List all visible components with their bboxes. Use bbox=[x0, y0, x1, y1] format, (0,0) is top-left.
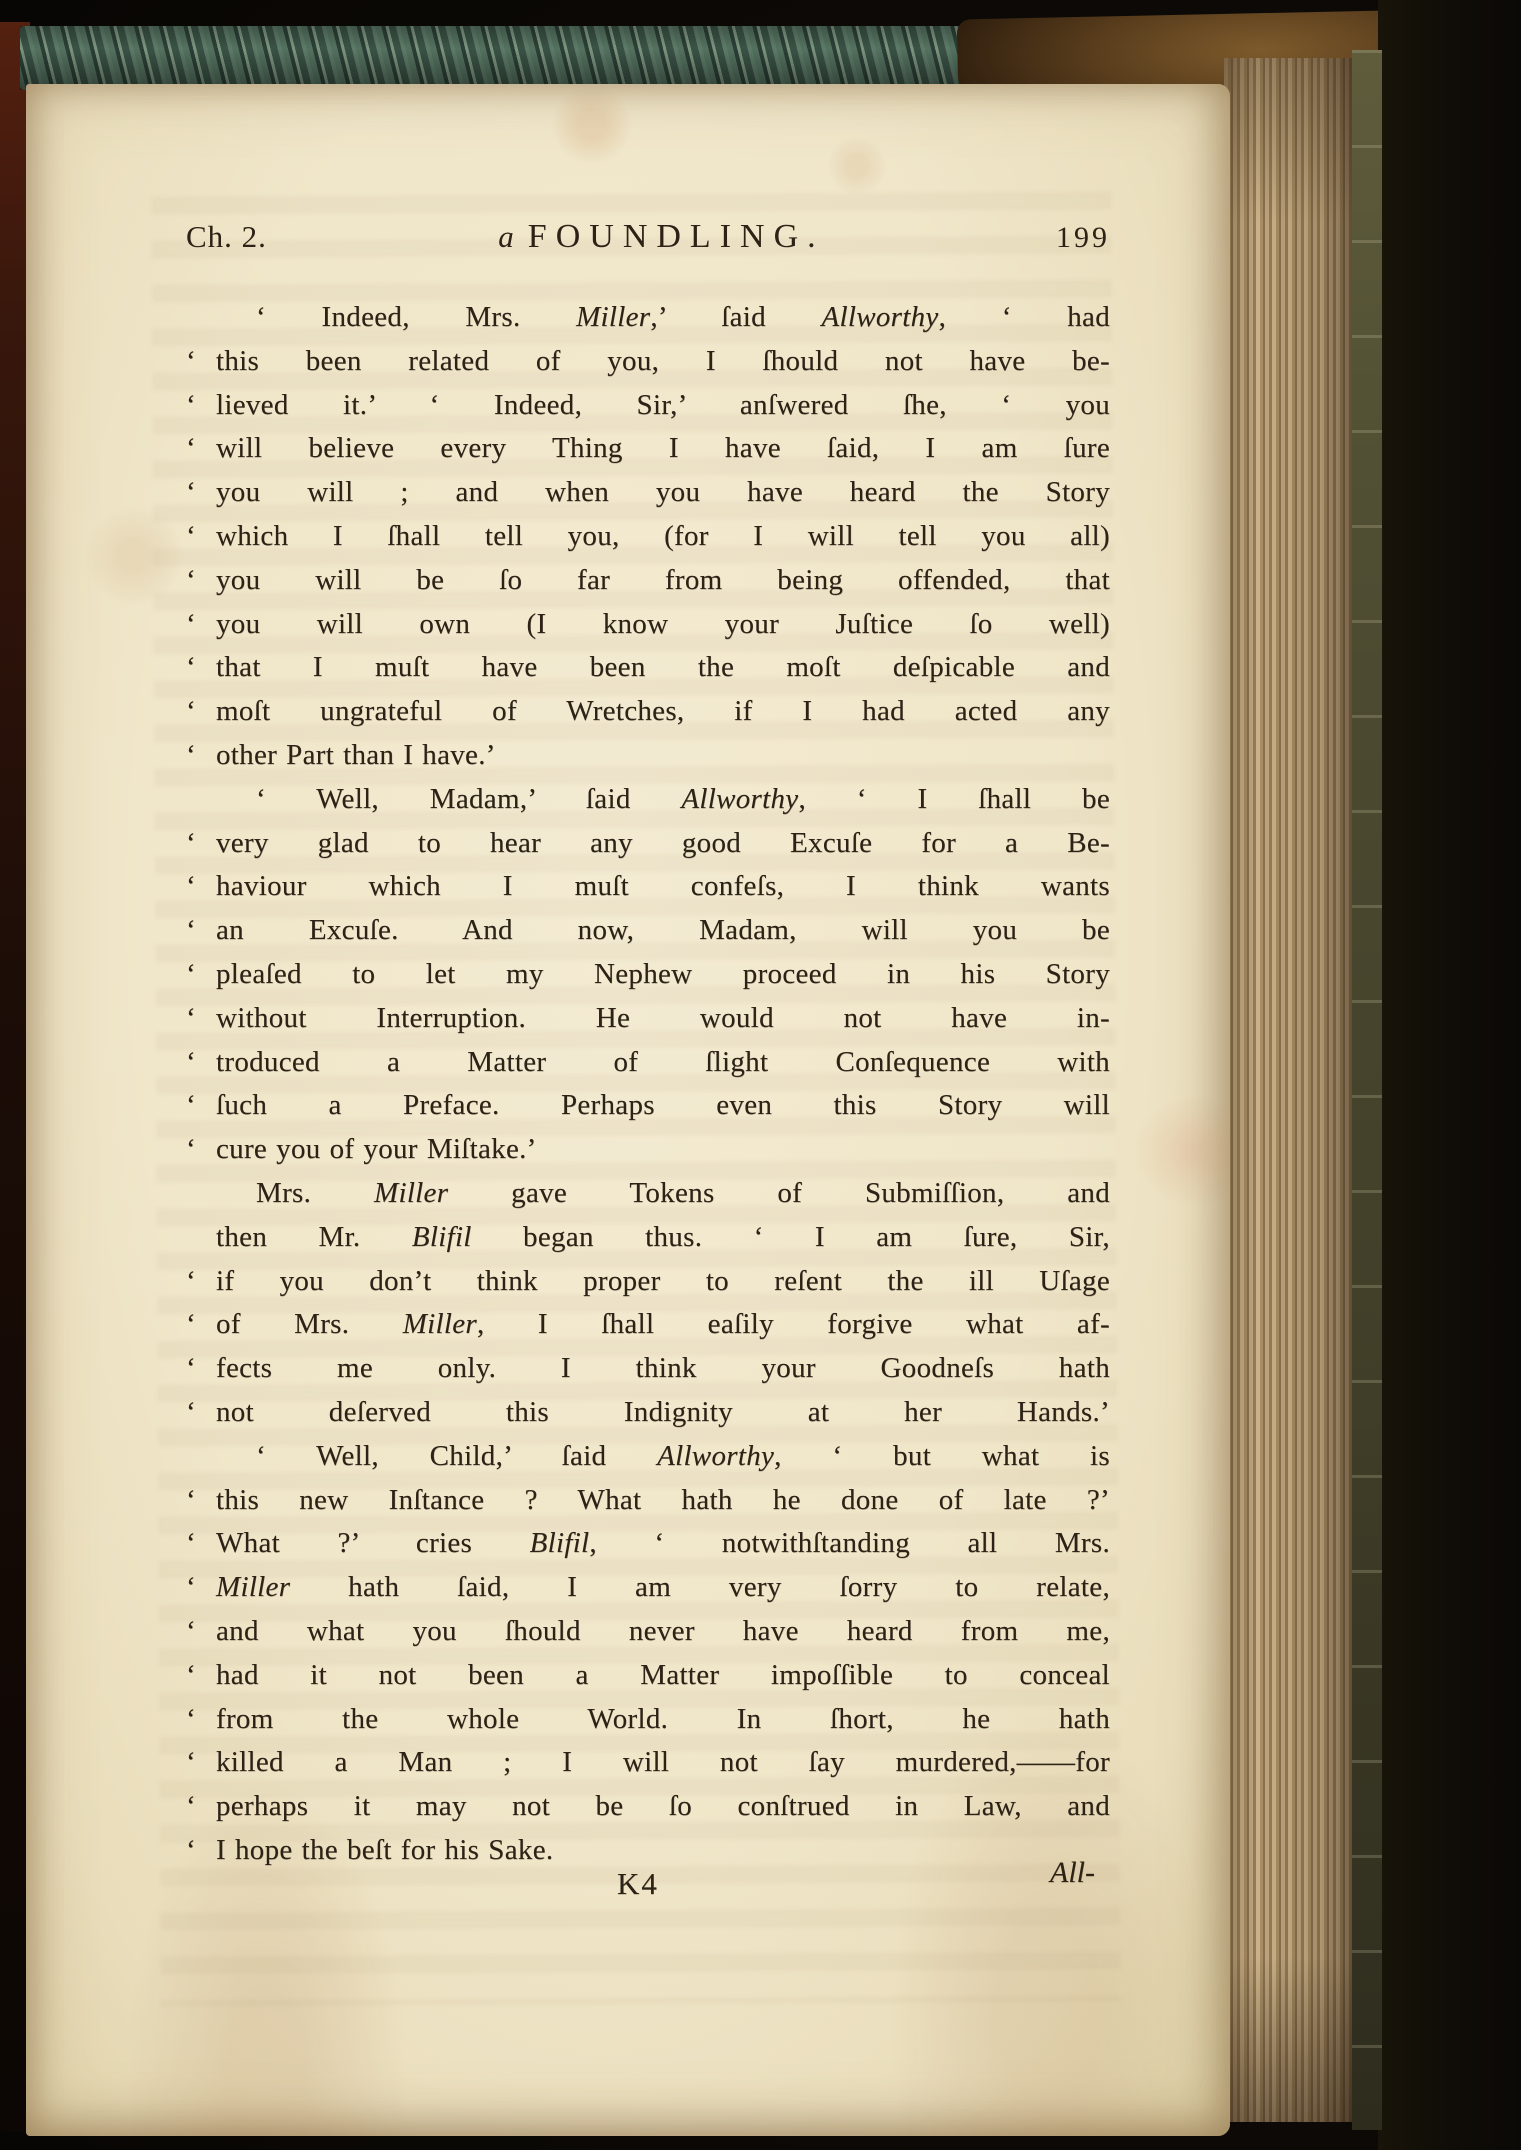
text-line: ‘troduced a Matter of ſlight Conſequence… bbox=[186, 1041, 1110, 1085]
text-line: ‘fects me only. I think your Goodneſs ha… bbox=[186, 1347, 1110, 1391]
text-line-content: other Part than I have.’ bbox=[216, 734, 1110, 778]
margin-quote-mark bbox=[186, 296, 216, 340]
page-edge-stack bbox=[1224, 58, 1358, 2122]
text-line-content: you will own (I know your Juſtice ſo wel… bbox=[216, 603, 1110, 647]
signature-mark: K4 bbox=[617, 1866, 659, 1902]
fore-edge-strip bbox=[1352, 50, 1382, 2130]
text-line-content: ‘ Well, Child,’ ſaid Allworthy, ‘ but wh… bbox=[216, 1435, 1110, 1479]
page-number: 199 bbox=[1056, 221, 1110, 255]
text-line: ‘if you don’t think proper to reſent the… bbox=[186, 1260, 1110, 1304]
catchword: All- bbox=[1050, 1856, 1095, 1890]
typeset-text-area: Ch. 2. aFOUNDLING. 199 ‘ Indeed, Mrs. Mi… bbox=[186, 218, 1110, 1873]
margin-quote-mark: ‘ bbox=[186, 1741, 216, 1785]
text-line-content: from the whole World. In ſhort, he hath bbox=[216, 1698, 1110, 1742]
text-line-content: ‘ Well, Madam,’ ſaid Allworthy, ‘ I ſhal… bbox=[216, 778, 1110, 822]
text-line: ‘had it not been a Matter impoſſible to … bbox=[186, 1654, 1110, 1698]
text-line: ‘ſuch a Preface. Perhaps even this Story… bbox=[186, 1084, 1110, 1128]
text-line-content: you will be ſo far from being offended, … bbox=[216, 559, 1110, 603]
text-line: ‘very glad to hear any good Excuſe for a… bbox=[186, 822, 1110, 866]
margin-quote-mark: ‘ bbox=[186, 1128, 216, 1172]
margin-quote-mark: ‘ bbox=[186, 1522, 216, 1566]
margin-quote-mark: ‘ bbox=[186, 690, 216, 734]
text-line: ‘Miller hath ſaid, I am very ſorry to re… bbox=[186, 1566, 1110, 1610]
text-line-content: Mrs. Miller gave Tokens of Submiſſion, a… bbox=[216, 1172, 1110, 1216]
text-line-content: not deſerved this Indignity at her Hands… bbox=[216, 1391, 1110, 1435]
margin-quote-mark: ‘ bbox=[186, 1654, 216, 1698]
text-line: ‘will believe every Thing I have ſaid, I… bbox=[186, 427, 1110, 471]
margin-quote-mark: ‘ bbox=[186, 1260, 216, 1304]
text-lines: ‘ Indeed, Mrs. Miller,’ ſaid Allworthy, … bbox=[186, 296, 1110, 1873]
text-line-content: which I ſhall tell you, (for I will tell… bbox=[216, 515, 1110, 559]
text-line-content: very glad to hear any good Excuſe for a … bbox=[216, 822, 1110, 866]
margin-quote-mark: ‘ bbox=[186, 909, 216, 953]
text-line-content: Miller hath ſaid, I am very ſorry to rel… bbox=[216, 1566, 1110, 1610]
text-line: Mrs. Miller gave Tokens of Submiſſion, a… bbox=[186, 1172, 1110, 1216]
text-line: ‘cure you of your Miſtake.’ bbox=[186, 1128, 1110, 1172]
margin-quote-mark: ‘ bbox=[186, 1347, 216, 1391]
chapter-label: Ch. 2. bbox=[186, 219, 267, 255]
margin-quote-mark: ‘ bbox=[186, 603, 216, 647]
text-line: ‘ Well, Child,’ ſaid Allworthy, ‘ but wh… bbox=[186, 1435, 1110, 1479]
text-line-content: I hope the beſt for his Sake. bbox=[216, 1829, 1110, 1873]
margin-quote-mark: ‘ bbox=[186, 734, 216, 778]
text-line: ‘which I ſhall tell you, (for I will tel… bbox=[186, 515, 1110, 559]
margin-quote-mark: ‘ bbox=[186, 822, 216, 866]
margin-quote-mark: ‘ bbox=[186, 515, 216, 559]
margin-quote-mark bbox=[186, 1216, 216, 1260]
margin-quote-mark: ‘ bbox=[186, 646, 216, 690]
margin-quote-mark: ‘ bbox=[186, 865, 216, 909]
text-line: ‘other Part than I have.’ bbox=[186, 734, 1110, 778]
margin-quote-mark: ‘ bbox=[186, 1785, 216, 1829]
text-line: ‘and what you ſhould never have heard fr… bbox=[186, 1610, 1110, 1654]
margin-quote-mark: ‘ bbox=[186, 1479, 216, 1523]
text-line-content: that I muſt have been the moſt deſpicabl… bbox=[216, 646, 1110, 690]
text-line-content: haviour which I muſt confeſs, I think wa… bbox=[216, 865, 1110, 909]
text-line-content: ‘ Indeed, Mrs. Miller,’ ſaid Allworthy, … bbox=[216, 296, 1110, 340]
text-line: ‘lieved it.’ ‘ Indeed, Sir,’ anſwered ſh… bbox=[186, 384, 1110, 428]
text-line: ‘What ?’ cries Blifil, ‘ notwithſtanding… bbox=[186, 1522, 1110, 1566]
text-line: ‘ Well, Madam,’ ſaid Allworthy, ‘ I ſhal… bbox=[186, 778, 1110, 822]
margin-quote-mark: ‘ bbox=[186, 1303, 216, 1347]
text-line-content: moſt ungrateful of Wretches, if I had ac… bbox=[216, 690, 1110, 734]
text-line-content: will believe every Thing I have ſaid, I … bbox=[216, 427, 1110, 471]
text-line: ‘this new Inſtance ? What hath he done o… bbox=[186, 1479, 1110, 1523]
text-line: ‘you will own (I know your Juſtice ſo we… bbox=[186, 603, 1110, 647]
text-line-content: this new Inſtance ? What hath he done of… bbox=[216, 1479, 1110, 1523]
text-line-content: then Mr. Blifil began thus. ‘ I am ſure,… bbox=[216, 1216, 1110, 1260]
marbled-head-edge bbox=[20, 26, 1012, 90]
text-line-content: perhaps it may not be ſo conſtrued in La… bbox=[216, 1785, 1110, 1829]
text-line: ‘from the whole World. In ſhort, he hath bbox=[186, 1698, 1110, 1742]
text-line-content: without Interruption. He would not have … bbox=[216, 997, 1110, 1041]
text-line: ‘ Indeed, Mrs. Miller,’ ſaid Allworthy, … bbox=[186, 296, 1110, 340]
margin-quote-mark bbox=[186, 1435, 216, 1479]
text-line-content: ſuch a Preface. Perhaps even this Story … bbox=[216, 1084, 1110, 1128]
margin-quote-mark: ‘ bbox=[186, 1566, 216, 1610]
margin-quote-mark: ‘ bbox=[186, 1698, 216, 1742]
title-article-italic: a bbox=[498, 219, 514, 254]
margin-quote-mark: ‘ bbox=[186, 997, 216, 1041]
text-line: ‘moſt ungrateful of Wretches, if I had a… bbox=[186, 690, 1110, 734]
text-line: ‘of Mrs. Miller, I ſhall eaſily forgive … bbox=[186, 1303, 1110, 1347]
text-line: ‘perhaps it may not be ſo conſtrued in L… bbox=[186, 1785, 1110, 1829]
text-line: ‘killed a Man ; I will not ſay murdered,… bbox=[186, 1741, 1110, 1785]
margin-quote-mark: ‘ bbox=[186, 471, 216, 515]
margin-quote-mark: ‘ bbox=[186, 427, 216, 471]
margin-quote-mark bbox=[186, 778, 216, 822]
margin-quote-mark: ‘ bbox=[186, 1084, 216, 1128]
text-line: ‘you will be ſo far from being offended,… bbox=[186, 559, 1110, 603]
text-line-content: troduced a Matter of ſlight Conſequence … bbox=[216, 1041, 1110, 1085]
text-line-content: you will ; and when you have heard the S… bbox=[216, 471, 1110, 515]
margin-quote-mark: ‘ bbox=[186, 559, 216, 603]
margin-quote-mark: ‘ bbox=[186, 1391, 216, 1435]
text-line-content: an Excuſe. And now, Madam, will you be bbox=[216, 909, 1110, 953]
text-line-content: pleaſed to let my Nephew proceed in his … bbox=[216, 953, 1110, 997]
text-line: ‘an Excuſe. And now, Madam, will you be bbox=[186, 909, 1110, 953]
text-line-content: cure you of your Miſtake.’ bbox=[216, 1128, 1110, 1172]
margin-quote-mark: ‘ bbox=[186, 340, 216, 384]
margin-quote-mark: ‘ bbox=[186, 1041, 216, 1085]
margin-quote-mark: ‘ bbox=[186, 384, 216, 428]
text-line-content: and what you ſhould never have heard fro… bbox=[216, 1610, 1110, 1654]
margin-quote-mark: ‘ bbox=[186, 1610, 216, 1654]
text-line-content: What ?’ cries Blifil, ‘ notwithſtanding … bbox=[216, 1522, 1110, 1566]
text-line-content: killed a Man ; I will not ſay murdered,—… bbox=[216, 1741, 1110, 1785]
text-line: then Mr. Blifil began thus. ‘ I am ſure,… bbox=[186, 1216, 1110, 1260]
text-line: ‘without Interruption. He would not have… bbox=[186, 997, 1110, 1041]
text-line: ‘pleaſed to let my Nephew proceed in his… bbox=[186, 953, 1110, 997]
text-line-content: if you don’t think proper to reſent the … bbox=[216, 1260, 1110, 1304]
text-line: ‘this been related of you, I ſhould not … bbox=[186, 340, 1110, 384]
text-line: ‘not deſerved this Indignity at her Hand… bbox=[186, 1391, 1110, 1435]
running-title: aFOUNDLING. bbox=[267, 218, 1056, 256]
margin-quote-mark: ‘ bbox=[186, 1829, 216, 1873]
text-line: ‘haviour which I muſt confeſs, I think w… bbox=[186, 865, 1110, 909]
text-line-content: had it not been a Matter impoſſible to c… bbox=[216, 1654, 1110, 1698]
margin-quote-mark: ‘ bbox=[186, 953, 216, 997]
text-line-content: of Mrs. Miller, I ſhall eaſily forgive w… bbox=[216, 1303, 1110, 1347]
text-line: ‘that I muſt have been the moſt deſpicab… bbox=[186, 646, 1110, 690]
back-cover bbox=[1378, 0, 1521, 2150]
running-header: Ch. 2. aFOUNDLING. 199 bbox=[186, 218, 1110, 264]
text-line-content: lieved it.’ ‘ Indeed, Sir,’ anſwered ſhe… bbox=[216, 384, 1110, 428]
text-line: ‘you will ; and when you have heard the … bbox=[186, 471, 1110, 515]
text-line-content: this been related of you, I ſhould not h… bbox=[216, 340, 1110, 384]
text-line-content: fects me only. I think your Goodneſs hat… bbox=[216, 1347, 1110, 1391]
margin-quote-mark bbox=[186, 1172, 216, 1216]
title-caps: FOUNDLING. bbox=[528, 218, 825, 255]
